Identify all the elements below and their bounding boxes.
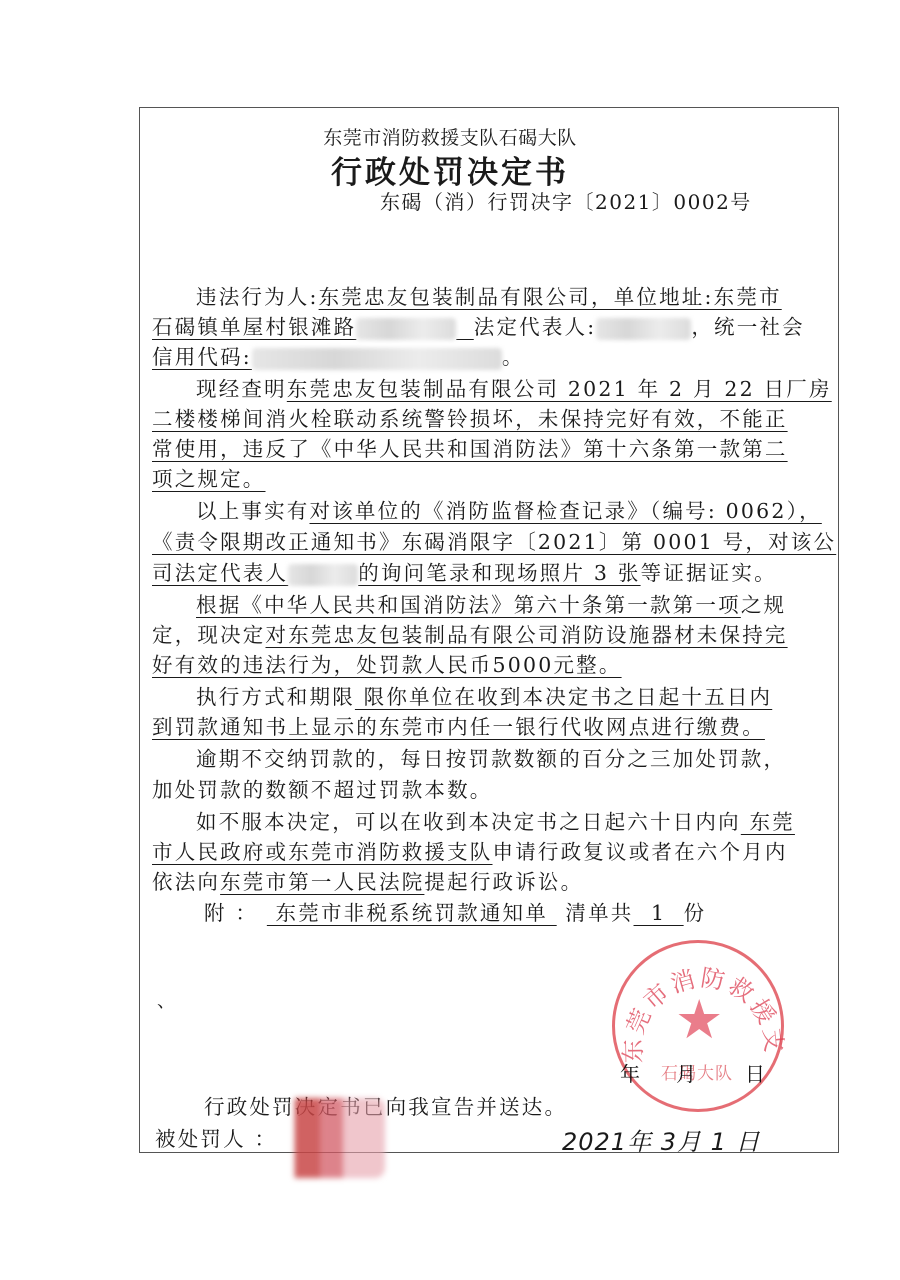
handwritten-date: 2021年 3月 1 日 — [562, 1122, 761, 1157]
appeal-line-2: 市人民政府或东莞市消防救援支队申请行政复议或者在六个月内 — [152, 838, 788, 866]
legal-basis-tail: 之规 — [741, 593, 786, 617]
lawsuit-tail: 提起行政诉讼。 — [424, 870, 583, 894]
sign-month: 月 — [676, 1058, 696, 1087]
legal-rep-label: 法定代表人: — [474, 315, 597, 339]
evidence-line-3: 司法定代表人的询问笔录和现场照片 3 张等证据证实。 — [152, 559, 777, 587]
redacted-rep-name — [288, 564, 358, 586]
credit-code-label: 信用代码: — [152, 345, 252, 369]
appeal-authority-a: 东莞 — [741, 810, 795, 834]
attachment-unit: 份 — [684, 901, 707, 925]
appeal-line-3: 依法向东莞市第一人民法院提起行政诉讼。 — [152, 868, 583, 896]
attachment-line: 附 ： 东莞市非税系统罚款通知单 清单共 1 份 — [204, 899, 706, 927]
findings-text: 东莞忠友包装制品有限公司 2021 年 2 月 22 日厂房 — [287, 377, 832, 401]
redacted-recipient-signature — [280, 1098, 385, 1178]
evidence-rep-label: 司法定代表人 — [152, 561, 288, 585]
execution-line-2: 到罚款通知书上显示的东莞市内任一银行代收网点进行缴费。 — [152, 713, 765, 741]
sign-year: 年 — [620, 1058, 640, 1087]
redacted-address — [356, 318, 456, 340]
redacted-legal-rep — [596, 318, 691, 340]
execution-deadline: 限你单位在收到本决定书之日起十五日内 — [355, 685, 772, 709]
attachment-count: 1 — [634, 901, 684, 925]
decision-line-1: 根据《中华人民共和国消防法》第六十条第一款第一项之规 — [196, 591, 786, 619]
receipt-statement: 行政处罚决定书已向我宣告并送达。 — [204, 1093, 567, 1121]
execution-line-1: 执行方式和期限 限你单位在收到本决定书之日起十五日内 — [196, 683, 772, 711]
attachment-name: 东莞市非税系统罚款通知单 — [267, 901, 557, 925]
appeal-text-2: 申请行政复议或者在六个月内 — [493, 840, 788, 864]
findings-line-1: 现经查明东莞忠友包装制品有限公司 2021 年 2 月 22 日厂房 — [196, 375, 832, 403]
appeal-authority-b: 市人民政府或东莞市消防救援支队 — [152, 840, 493, 864]
evidence-tail: 等证据证实。 — [641, 561, 777, 585]
legal-basis: 根据《中华人民共和国消防法》第六十条第一款第一项 — [196, 593, 741, 617]
stray-mark: 、 — [157, 987, 175, 1013]
issuing-organization: 东莞市消防救援支队石碣大队 — [0, 123, 900, 150]
late-fee-line-2: 加处罚款的数额不超过罚款本数。 — [152, 776, 493, 804]
court-name: 东莞市第一人民法院 — [220, 870, 424, 894]
redacted-credit-code — [252, 348, 502, 370]
lawsuit-prefix: 依法向 — [152, 870, 220, 894]
evidence-line-2: 《责令限期改正通知书》东碣消限字〔2021〕第 0001 号，对该公 — [152, 528, 836, 556]
document-number: 东碣（消）行罚决字〔2021〕0002号 — [380, 186, 752, 215]
seal-unit: 石碣大队 — [661, 1059, 733, 1084]
findings-line-4: 项之规定。 — [152, 465, 266, 493]
decision-line-2: 定，现决定对东莞忠友包装制品有限公司消防设施器材未保持完 — [152, 621, 788, 649]
evidence-items: 的询问笔录和现场照片 3 张 — [358, 561, 640, 585]
sign-day: 日 — [745, 1058, 765, 1087]
decision-prefix: 定，现决定 — [152, 623, 266, 647]
findings-line-2: 二楼楼梯间消火栓联动系统警铃损坏，未保持完好有效，不能正 — [152, 405, 788, 433]
violator-label: 违法行为人: — [196, 285, 319, 309]
attachment-label: 附 ： — [204, 901, 258, 925]
findings-line-3: 常使用，违反了《中华人民共和国消防法》第十六条第一款第二 — [152, 435, 788, 463]
violator-line: 违法行为人:东莞忠友包装制品有限公司，单位地址:东莞市 — [196, 283, 782, 311]
decision-text: 对东莞忠友包装制品有限公司消防设施器材未保持完 — [266, 623, 788, 647]
execution-label: 执行方式和期限 — [196, 685, 355, 709]
period: 。 — [502, 345, 525, 369]
credit-code-line: 信用代码:。 — [152, 343, 525, 371]
late-fee-line-1: 逾期不交纳罚款的，每日按罚款数额的百分之三加处罚款， — [196, 745, 786, 773]
recipient-label: 被处罚人 ： — [155, 1125, 277, 1153]
evidence-record: 对该单位的《消防监督检查记录》（编号: 0062）， — [310, 499, 822, 523]
appeal-text: 如不服本决定，可以在收到本决定书之日起六十日内向 — [196, 810, 741, 834]
attachment-count-label: 清单共 — [565, 901, 633, 925]
appeal-line-1: 如不服本决定，可以在收到本决定书之日起六十日内向 东莞 — [196, 808, 795, 836]
evidence-prefix: 以上事实有 — [196, 499, 310, 523]
penalty-amount-line: 好有效的违法行为，处罚款人民币5000元整。 — [152, 651, 622, 679]
address-value: 石碣镇单屋村银滩路 — [152, 315, 356, 339]
violator-name-address: 东莞忠友包装制品有限公司，单位地址:东莞市 — [319, 285, 782, 309]
credit-code-prefix: ，统一社会 — [691, 315, 805, 339]
findings-prefix: 现经查明 — [196, 377, 287, 401]
address-line: 石碣镇单屋村银滩路 法定代表人:，统一社会 — [152, 313, 805, 341]
evidence-line-1: 以上事实有对该单位的《消防监督检查记录》（编号: 0062）， — [196, 497, 822, 525]
star-icon: ★ — [675, 993, 723, 1047]
